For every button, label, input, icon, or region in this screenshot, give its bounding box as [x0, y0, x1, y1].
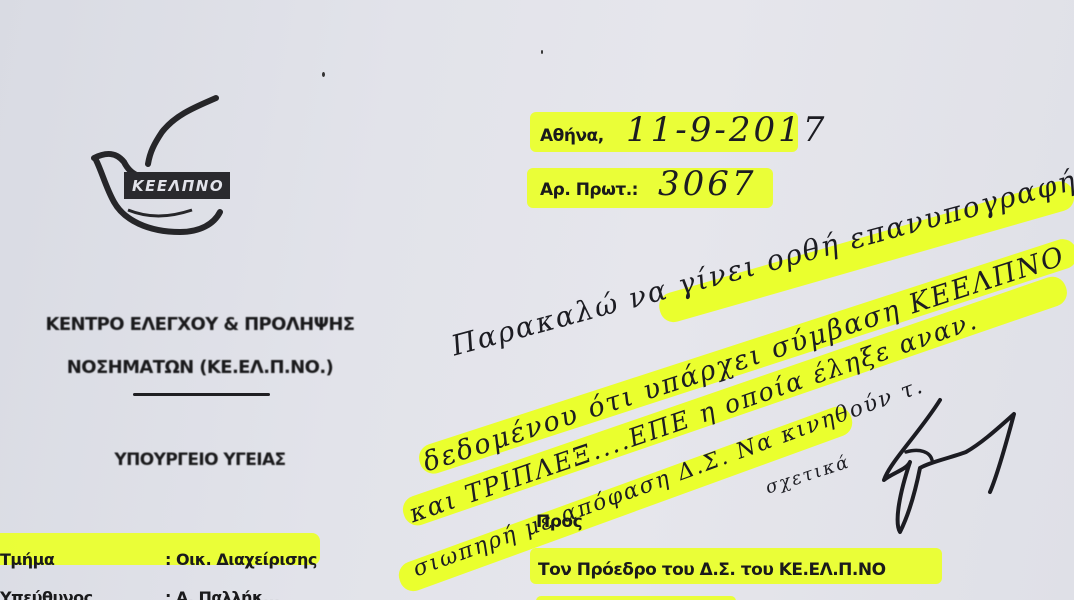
signature-icon: [870, 392, 1030, 542]
paper-speck: [541, 50, 543, 54]
scanned-memo-document: ΚΕΕΛΠΝΟ ΚΕΝΤΡΟ ΕΛΕΓΧΟΥ & ΠΡΟΛΗΨΗΣ ΝΟΣΗΜΑ…: [0, 0, 1074, 600]
logo-badge: ΚΕΕΛΠΝΟ: [124, 172, 230, 199]
handwritten-date: 11-9-2017: [626, 110, 827, 150]
field-label: Υπεύθυνος: [0, 588, 93, 600]
paper-speck: [322, 72, 325, 77]
highlight-mark: [536, 596, 736, 600]
ministry-name: ΥΠΟΥΡΓΕΙΟ ΥΓΕΙΑΣ: [0, 450, 400, 470]
field-value: : Οικ. Διαχείρισης: [165, 550, 317, 569]
header-underline: [133, 393, 270, 396]
place-label: Αθήνα,: [540, 126, 604, 146]
dove-logo-icon: [88, 92, 268, 242]
kedlpno-logo: ΚΕΕΛΠΝΟ: [88, 92, 268, 242]
protocol-label: Αρ. Πρωτ.:: [540, 180, 638, 200]
field-value: : Α. Παλλήκ...: [165, 588, 280, 600]
to-label: Προς: [536, 512, 582, 532]
org-name-line2: ΝΟΣΗΜΑΤΩΝ (ΚΕ.ΕΛ.Π.ΝΟ.): [0, 357, 400, 378]
protocol-number: 3067: [658, 164, 757, 204]
org-name-line1: ΚΕΝΤΡΟ ΕΛΕΓΧΟΥ & ΠΡΟΛΗΨΗΣ: [0, 314, 400, 335]
recipient-line: Τον Πρόεδρο του Δ.Σ. του ΚΕ.ΕΛ.Π.ΝΟ: [538, 560, 886, 580]
field-label: Τμήμα: [0, 550, 54, 569]
